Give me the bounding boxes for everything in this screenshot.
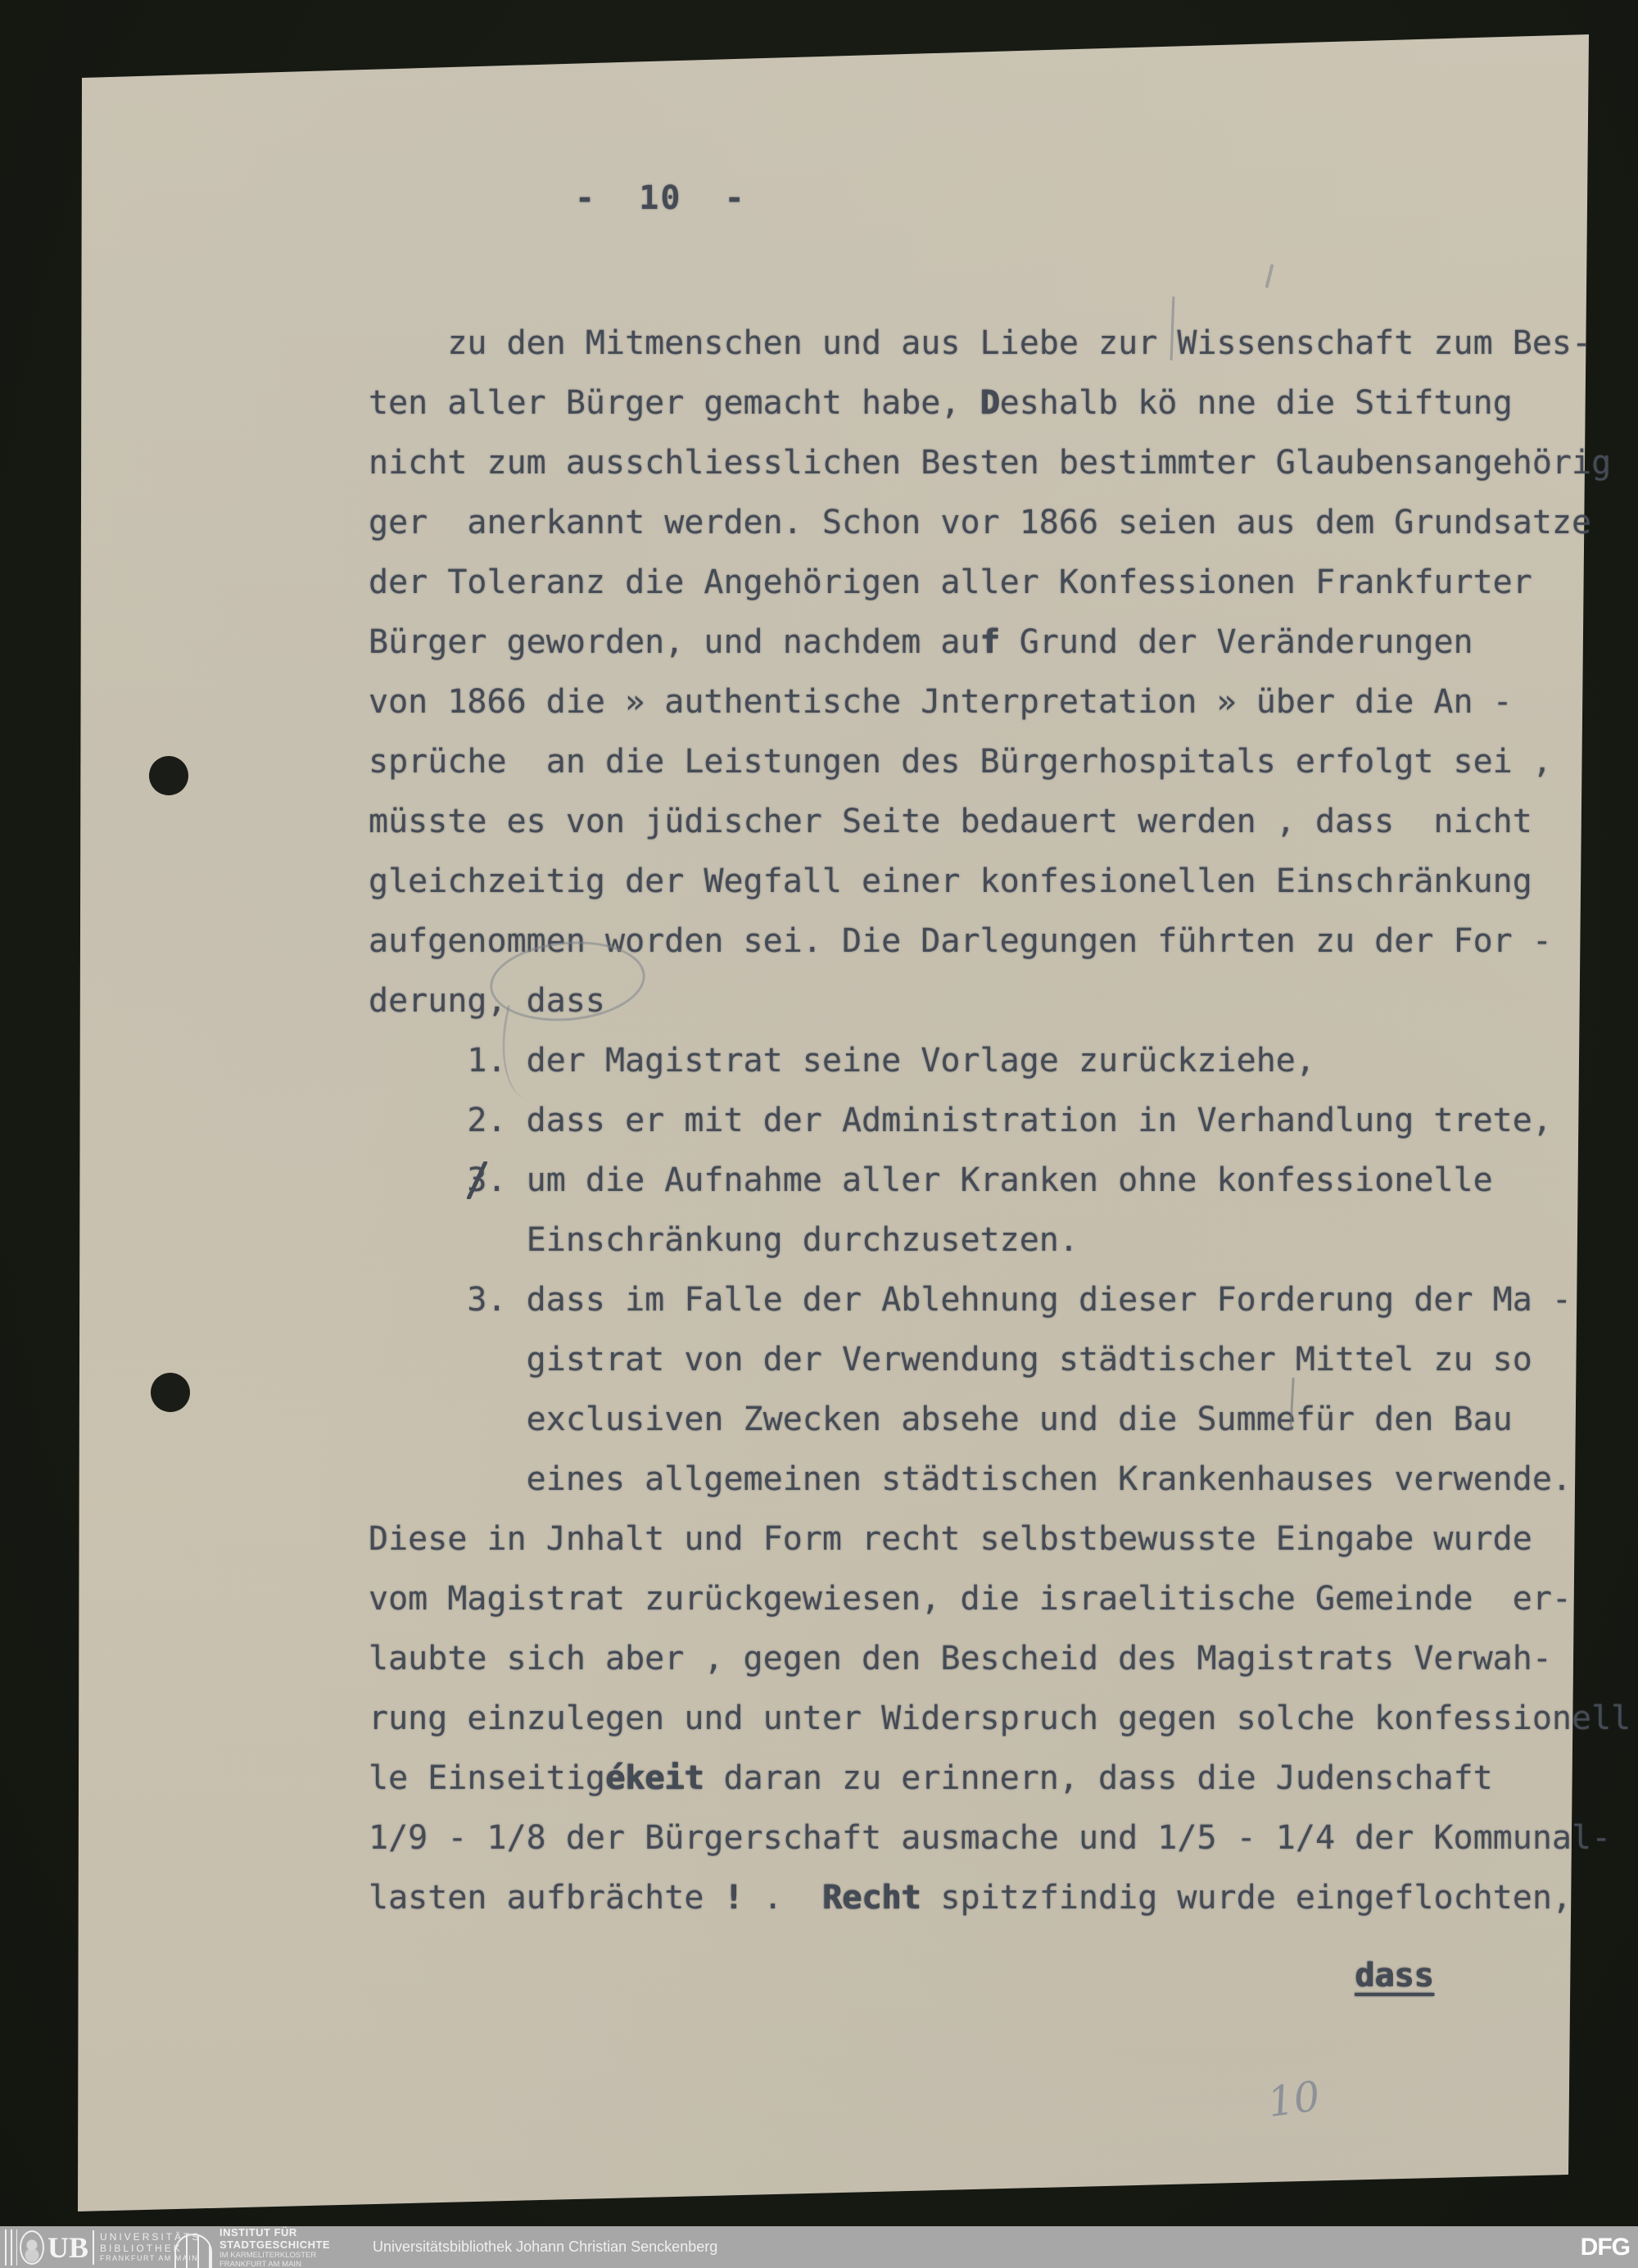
typed-line: zu den Mitmenschen und aus Liebe zur Wis… xyxy=(369,314,1613,373)
institute-line-3: IM KARMELITERKLOSTER xyxy=(219,2251,330,2260)
typed-line: sprüche an die Leistungen des Bürgerhosp… xyxy=(369,732,1613,792)
typed-line: dass xyxy=(369,1946,1613,2006)
goethe-portrait-icon xyxy=(20,2230,44,2265)
dfg-logo: DFG xyxy=(1581,2226,1630,2268)
footer-library-name: Universitätsbibliothek Johann Christian … xyxy=(373,2226,717,2268)
ub-abbreviation: UB xyxy=(48,2233,88,2262)
book-stripes-icon xyxy=(5,2230,17,2266)
university-library-logo: UB UNIVERSITÄTS BIBLIOTHEK FRANKFURT AM … xyxy=(5,2226,201,2268)
institute-stadtgeschichte-logo: INSTITUT FÜR STADTGESCHICHTE IM KARMELIT… xyxy=(174,2226,330,2268)
typed-text: zu den Mitmenschen und aus Liebe zur Wis… xyxy=(369,314,1613,2006)
institute-line-2: STADTGESCHICHTE xyxy=(219,2239,330,2251)
typed-line: 1/9 - 1/8 der Bürgerschaft ausmache und … xyxy=(369,1809,1613,1868)
typed-line: müsste es von jüdischer Seite bedauert w… xyxy=(369,792,1613,852)
typed-line: gleichzeitig der Wegfall einer konfesion… xyxy=(369,852,1613,912)
typed-line: der Toleranz die Angehörigen aller Konfe… xyxy=(369,553,1613,613)
gothic-arch-icon xyxy=(174,2234,212,2268)
page-number: - 10 - xyxy=(575,169,746,229)
typed-line: 3. um die Aufnahme aller Kranken ohne ko… xyxy=(369,1151,1613,1211)
typed-line: le Einseitigékeit daran zu erinnern, das… xyxy=(369,1749,1613,1809)
typed-line: eines allgemeinen städtischen Krankenhau… xyxy=(369,1450,1613,1510)
footer-bar: UB UNIVERSITÄTS BIBLIOTHEK FRANKFURT AM … xyxy=(0,2226,1638,2268)
typed-line: Bürger geworden, und nachdem auf Grund d… xyxy=(369,613,1613,672)
typed-line: nicht zum ausschliesslichen Besten besti… xyxy=(369,433,1613,493)
typed-line: 3. dass im Falle der Ablehnung dieser Fo… xyxy=(369,1270,1613,1330)
typed-line: 2. dass er mit der Administration in Ver… xyxy=(369,1091,1613,1151)
typed-line: laubte sich aber , gegen den Bescheid de… xyxy=(369,1629,1613,1689)
typed-line: vom Magistrat zurückgewiesen, die israel… xyxy=(369,1569,1613,1629)
logo-divider xyxy=(93,2230,94,2265)
typed-line: exclusiven Zwecken absehe und die Summef… xyxy=(369,1390,1613,1450)
typed-line: rung einzulegen und unter Widerspruch ge… xyxy=(369,1689,1613,1749)
institute-line-4: FRANKFURT AM MAIN xyxy=(219,2260,330,2268)
punch-hole-bottom xyxy=(151,1373,190,1412)
typed-line: gistrat von der Verwendung städtischer M… xyxy=(369,1330,1613,1390)
punch-hole-top xyxy=(149,756,188,795)
institute-line-1: INSTITUT FÜR xyxy=(219,2226,330,2239)
handwritten-page-number: 10 xyxy=(1265,2072,1323,2126)
institute-logo-text: INSTITUT FÜR STADTGESCHICHTE IM KARMELIT… xyxy=(219,2226,330,2268)
typed-line: Diese in Jnhalt und Form recht selbstbew… xyxy=(369,1510,1613,1569)
typed-line: Einschränkung durchzusetzen. xyxy=(369,1211,1613,1270)
typed-line: lasten aufbrächte ! . Recht spitzfindig … xyxy=(369,1868,1613,1928)
scanned-page-background: - 10 - zu den Mitmenschen und aus Liebe … xyxy=(0,0,1638,2268)
typed-line: von 1866 die » authentische Jnterpretati… xyxy=(369,672,1613,732)
typed-line: ten aller Bürger gemacht habe, Deshalb k… xyxy=(369,373,1613,433)
typed-line: ger anerkannt werden. Schon vor 1866 sei… xyxy=(369,493,1613,553)
